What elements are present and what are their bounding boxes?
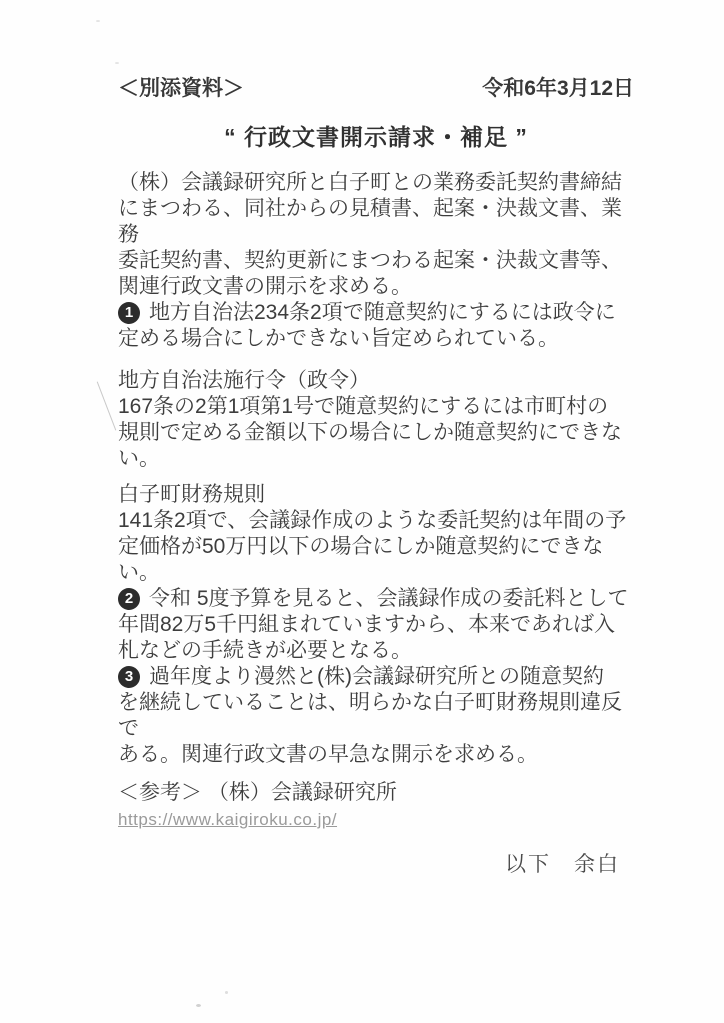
- point-2-text: 令和 5度予算を見ると、会議録作成の委託料として 年間82万5千円組まれています…: [118, 587, 629, 662]
- point-3-text: 過年度より漫然と(株)会議録研究所との随意契約 を継続していることは、明らかな白…: [118, 665, 622, 766]
- ordinance-paragraph: 地方自治法施行令（政令） 167条の2第1項第1号で随意契約にするには市町村の …: [118, 368, 634, 472]
- attachment-label: ＜別添資料＞: [118, 76, 244, 102]
- document-date: 令和6年3月12日: [482, 76, 634, 102]
- circled-number-2-icon: 2: [118, 588, 140, 610]
- reference-section: ＜参考＞ （株）会議録研究所 https://www.kaigiroku.co.…: [118, 780, 634, 832]
- reference-label: ＜参考＞ （株）会議録研究所: [118, 780, 634, 806]
- scan-speck: [115, 62, 119, 64]
- document-title: “ 行政文書開示請求・補足 ”: [118, 124, 634, 150]
- scanned-document-page: ＜別添資料＞ 令和6年3月12日 “ 行政文書開示請求・補足 ” （株）会議録研…: [0, 0, 724, 1023]
- document-content: ＜別添資料＞ 令和6年3月12日 “ 行政文書開示請求・補足 ” （株）会議録研…: [118, 76, 634, 878]
- reference-url: https://www.kaigiroku.co.jp/: [118, 809, 337, 831]
- point-2: 2令和 5度予算を見ると、会議録作成の委託料として 年間82万5千円組まれていま…: [118, 586, 634, 664]
- point-1: 1地方自治法234条2項で随意契約にするには政令に 定める場合にしかできない旨定…: [118, 300, 634, 352]
- point-1-text: 地方自治法234条2項で随意契約にするには政令に 定める場合にしかできない旨定め…: [118, 301, 616, 350]
- document-header: ＜別添資料＞ 令和6年3月12日: [118, 76, 634, 102]
- scan-line-artifact: [97, 382, 117, 431]
- remainder-blank-note: 以下 余白: [118, 852, 634, 878]
- request-paragraph: （株）会議録研究所と白子町との業務委託契約書締結 にまつわる、同社からの見積書、…: [118, 170, 634, 300]
- scan-speck: [96, 20, 100, 22]
- point-3: 3過年度より漫然と(株)会議録研究所との随意契約 を継続していることは、明らかな…: [118, 664, 634, 768]
- scan-speck: [196, 1004, 201, 1007]
- circled-number-3-icon: 3: [118, 666, 140, 688]
- scan-speck: [225, 991, 228, 994]
- finance-rule-paragraph: 白子町財務規則 141条2項で、会議録作成のような委託契約は年間の予 定価格が5…: [118, 482, 634, 586]
- circled-number-1-icon: 1: [118, 302, 140, 324]
